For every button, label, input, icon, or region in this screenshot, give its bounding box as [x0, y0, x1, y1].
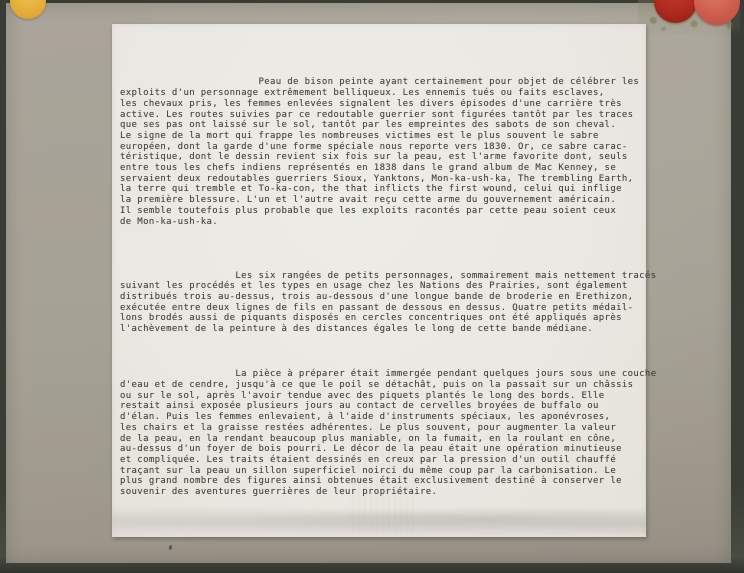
typescript-page: Peau de bison peinte ayant certainement …	[112, 24, 646, 537]
paragraph-bison-hide: Peau de bison peinte ayant certainement …	[120, 77, 648, 227]
photo-frame: Peau de bison peinte ayant certainement …	[0, 0, 744, 573]
paragraph-six-rows: Les six rangées de petits personnages, s…	[120, 271, 648, 335]
paper-smudge	[112, 504, 646, 534]
